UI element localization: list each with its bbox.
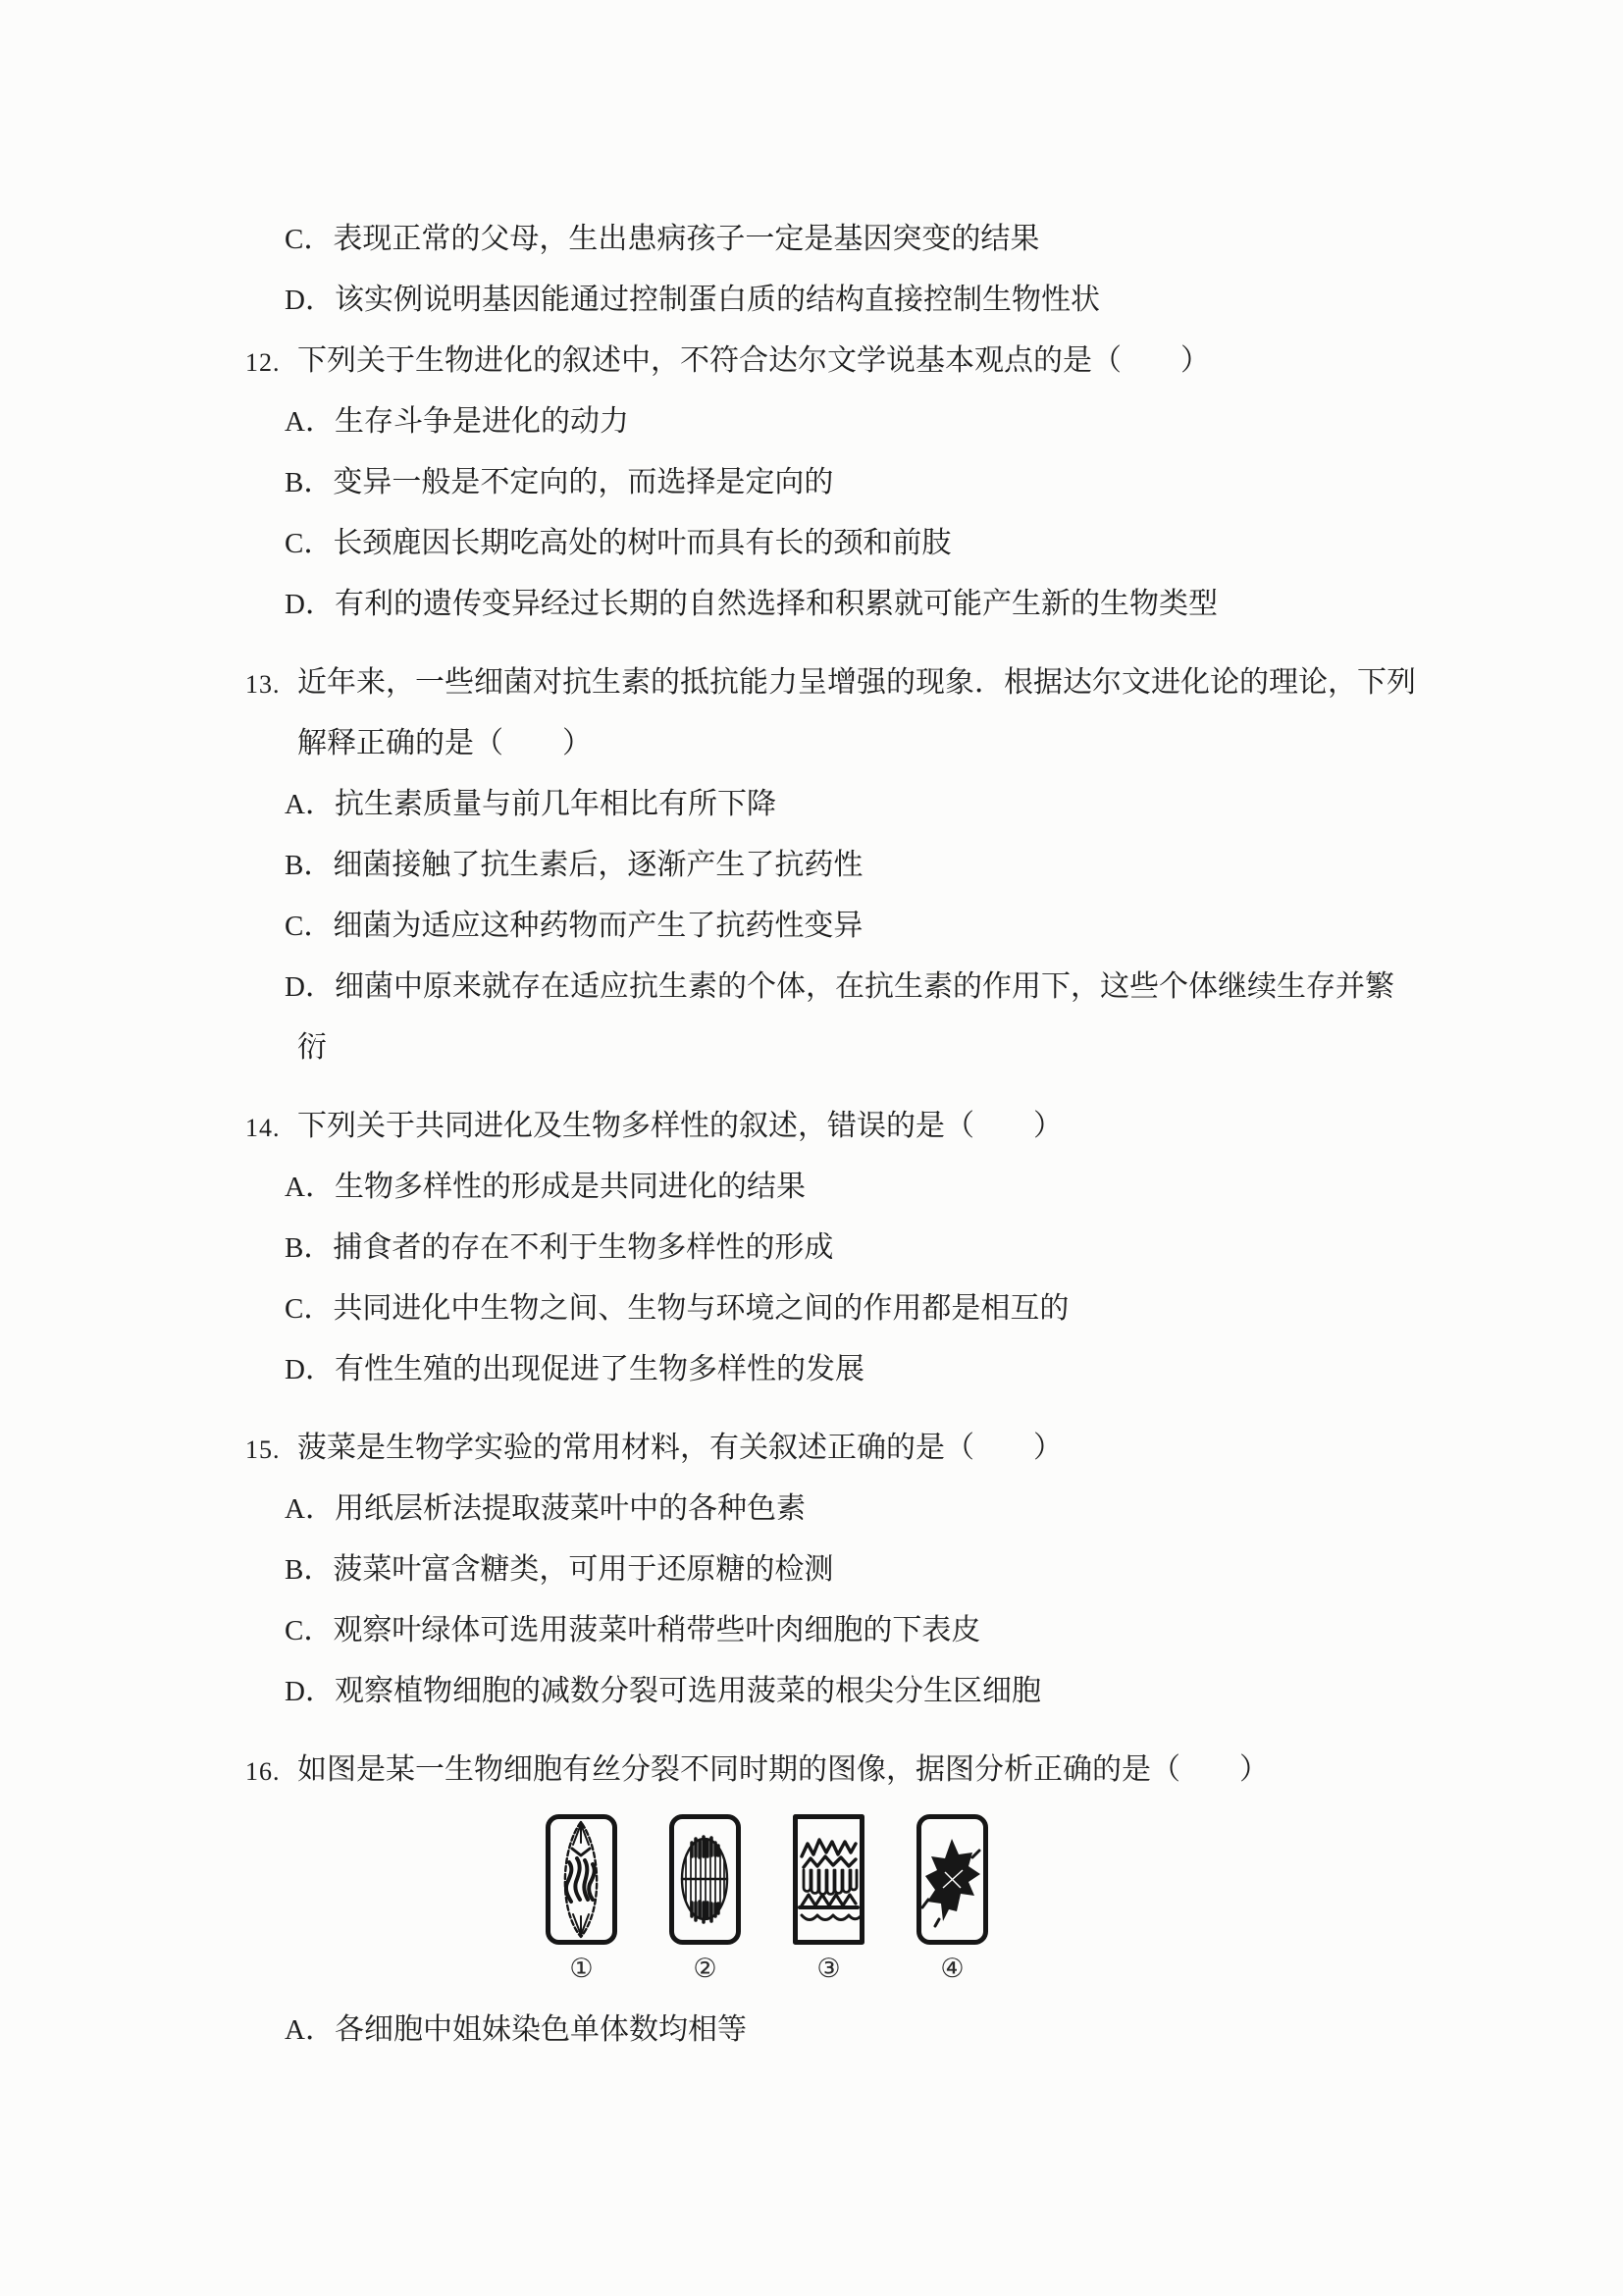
- option-separator: ．: [303, 1553, 333, 1586]
- option-label: A: [285, 789, 305, 820]
- option-separator: ．: [305, 1171, 335, 1203]
- line-text: 下列关于生物进化的叙述中，不符合达尔文学说基本观点的是（ ）: [297, 344, 1210, 377]
- question-stem: 15.菠菜是生物学实验的常用材料，有关叙述正确的是（ ）: [0, 1432, 1623, 1462]
- option-separator: ．: [303, 223, 333, 255]
- option-separator: ．: [303, 849, 333, 881]
- option-label: C: [285, 1615, 303, 1646]
- option-separator: ．: [303, 527, 333, 559]
- line-text: 有利的遗传变异经过长期的自然选择和积累就可能产生新的生物类型: [335, 588, 1218, 620]
- line-text: 有性生殖的出现促进了生物多样性的发展: [335, 1353, 864, 1385]
- option-row: A．生物多样性的形成是共同进化的结果: [0, 1171, 1623, 1201]
- line-text: 变异一般是不定向的，而选择是定向的: [333, 466, 833, 498]
- option-row: B．菠菜叶富含糖类，可用于还原糖的检测: [0, 1553, 1623, 1584]
- line-text: 捕食者的存在不利于生物多样性的形成: [333, 1231, 833, 1264]
- cell-label: ④: [916, 1954, 989, 1983]
- cell-label: ②: [668, 1954, 742, 1983]
- line-text: 细菌中原来就存在适应抗生素的个体，在抗生素的作用下，这些个体继续生存并繁: [335, 970, 1394, 1003]
- line-text: 观察植物细胞的减数分裂可选用菠菜的根尖分生区细胞: [335, 1675, 1041, 1707]
- option-row: C．观察叶绿体可选用菠菜叶稍带些叶肉细胞的下表皮: [0, 1614, 1623, 1644]
- line-text: 菠菜是生物学实验的常用材料，有关叙述正确的是（ ）: [297, 1432, 1063, 1464]
- cell-label: ①: [545, 1954, 618, 1983]
- question-stem: 13.近年来，一些细菌对抗生素的抵抗能力呈增强的现象．根据达尔文进化论的理论，下…: [0, 666, 1623, 697]
- mitosis-figure: ①②③④: [545, 1813, 1006, 1983]
- continuation-line: 解释正确的是（ ）: [0, 727, 1623, 757]
- question-number: 14.: [245, 1112, 281, 1144]
- question-stem: 14.下列关于共同进化及生物多样性的叙述，错误的是（ ）: [0, 1110, 1623, 1140]
- line-text: 解释正确的是（ ）: [297, 727, 592, 759]
- line-text: 用纸层析法提取菠菜叶中的各种色素: [335, 1492, 806, 1525]
- question-stem: 12.下列关于生物进化的叙述中，不符合达尔文学说基本观点的是（ ）: [0, 344, 1623, 375]
- option-row: B．细菌接触了抗生素后，逐渐产生了抗药性: [0, 849, 1623, 879]
- option-label: C: [285, 224, 303, 255]
- line-text: 细菌接触了抗生素后，逐渐产生了抗药性: [333, 849, 863, 881]
- line-text: 表现正常的父母，生出患病孩子一定是基因突变的结果: [333, 223, 1039, 255]
- option-label: C: [285, 528, 303, 559]
- option-separator: ．: [305, 1675, 335, 1707]
- mitosis-cell-diagram-4: [916, 1813, 989, 1946]
- option-label: D: [285, 1676, 305, 1707]
- line-text: 长颈鹿因长期吃高处的树叶而具有长的颈和前肢: [333, 527, 951, 559]
- line-text: 抗生素质量与前几年相比有所下降: [335, 788, 776, 820]
- option-separator: ．: [305, 588, 335, 620]
- question-number: 16.: [245, 1755, 281, 1788]
- option-label: D: [285, 589, 305, 620]
- option-separator: ．: [305, 2013, 335, 2046]
- option-row: D．有利的遗传变异经过长期的自然选择和积累就可能产生新的生物类型: [0, 588, 1623, 618]
- option-row: D．该实例说明基因能通过控制蛋白质的结构直接控制生物性状: [0, 284, 1623, 314]
- mitosis-cell-diagram-1: [545, 1813, 618, 1946]
- option-separator: ．: [303, 1292, 333, 1325]
- line-text: 观察叶绿体可选用菠菜叶稍带些叶肉细胞的下表皮: [333, 1614, 980, 1646]
- option-row: D．有性生殖的出现促进了生物多样性的发展: [0, 1353, 1623, 1383]
- option-label: A: [285, 406, 305, 438]
- cell-label-row: ①②③④: [545, 1954, 1006, 1983]
- line-text: 该实例说明基因能通过控制蛋白质的结构直接控制生物性状: [335, 284, 1100, 316]
- option-label: C: [285, 1293, 303, 1325]
- option-row: A．各细胞中姐妹染色单体数均相等: [0, 2013, 1623, 2044]
- option-row: C．表现正常的父母，生出患病孩子一定是基因突变的结果: [0, 223, 1623, 253]
- option-label: B: [285, 467, 303, 498]
- option-label: A: [285, 1172, 305, 1203]
- option-row: A．用纸层析法提取菠菜叶中的各种色素: [0, 1492, 1623, 1523]
- option-separator: ．: [305, 405, 335, 438]
- line-text: 共同进化中生物之间、生物与环境之间的作用都是相互的: [333, 1292, 1069, 1325]
- option-label: B: [285, 850, 303, 881]
- continuation-line: 衍: [0, 1031, 1623, 1062]
- option-label: D: [285, 1354, 305, 1385]
- line-text: 近年来，一些细菌对抗生素的抵抗能力呈增强的现象．根据达尔文进化论的理论，下列: [297, 666, 1416, 699]
- question-number: 13.: [245, 668, 281, 701]
- option-separator: ．: [305, 970, 335, 1003]
- option-separator: ．: [305, 284, 335, 316]
- option-label: B: [285, 1232, 303, 1264]
- option-row: A．抗生素质量与前几年相比有所下降: [0, 788, 1623, 818]
- line-text: 生存斗争是进化的动力: [335, 405, 629, 438]
- option-row: D．细菌中原来就存在适应抗生素的个体，在抗生素的作用下，这些个体继续生存并繁: [0, 970, 1623, 1001]
- question-stem: 16.如图是某一生物细胞有丝分裂不同时期的图像，据图分析正确的是（ ）: [0, 1753, 1623, 1784]
- option-separator: ．: [303, 910, 333, 942]
- line-text: 细菌为适应这种药物而产生了抗药性变异: [333, 910, 863, 942]
- option-row: C．长颈鹿因长期吃高处的树叶而具有长的颈和前肢: [0, 527, 1623, 557]
- option-label: A: [285, 1493, 305, 1525]
- option-row: B．变异一般是不定向的，而选择是定向的: [0, 466, 1623, 496]
- option-separator: ．: [305, 788, 335, 820]
- cell-label: ③: [792, 1954, 865, 1983]
- question-number: 15.: [245, 1434, 281, 1466]
- option-row: C．细菌为适应这种药物而产生了抗药性变异: [0, 910, 1623, 940]
- option-row: A．生存斗争是进化的动力: [0, 405, 1623, 436]
- option-row: C．共同进化中生物之间、生物与环境之间的作用都是相互的: [0, 1292, 1623, 1323]
- mitosis-cell-diagram-3: [792, 1813, 865, 1946]
- option-label: A: [285, 2014, 305, 2046]
- option-separator: ．: [305, 1353, 335, 1385]
- option-separator: ．: [303, 466, 333, 498]
- option-separator: ．: [303, 1614, 333, 1646]
- line-text: 如图是某一生物细胞有丝分裂不同时期的图像，据图分析正确的是（ ）: [297, 1753, 1269, 1786]
- option-label: D: [285, 285, 305, 316]
- document-page: C．表现正常的父母，生出患病孩子一定是基因突变的结果D．该实例说明基因能通过控制…: [0, 0, 1623, 2296]
- option-separator: ．: [305, 1492, 335, 1525]
- option-label: B: [285, 1554, 303, 1586]
- option-label: C: [285, 911, 303, 942]
- line-text: 各细胞中姐妹染色单体数均相等: [335, 2013, 747, 2046]
- option-row: B．捕食者的存在不利于生物多样性的形成: [0, 1231, 1623, 1262]
- line-text: 下列关于共同进化及生物多样性的叙述，错误的是（ ）: [297, 1110, 1063, 1142]
- option-label: D: [285, 971, 305, 1003]
- question-number: 12.: [245, 346, 281, 379]
- option-row: D．观察植物细胞的减数分裂可选用菠菜的根尖分生区细胞: [0, 1675, 1623, 1705]
- line-text: 衍: [297, 1031, 327, 1064]
- mitosis-cell-diagram-2: [668, 1813, 742, 1946]
- line-text: 菠菜叶富含糖类，可用于还原糖的检测: [333, 1553, 833, 1586]
- option-separator: ．: [303, 1231, 333, 1264]
- line-text: 生物多样性的形成是共同进化的结果: [335, 1171, 806, 1203]
